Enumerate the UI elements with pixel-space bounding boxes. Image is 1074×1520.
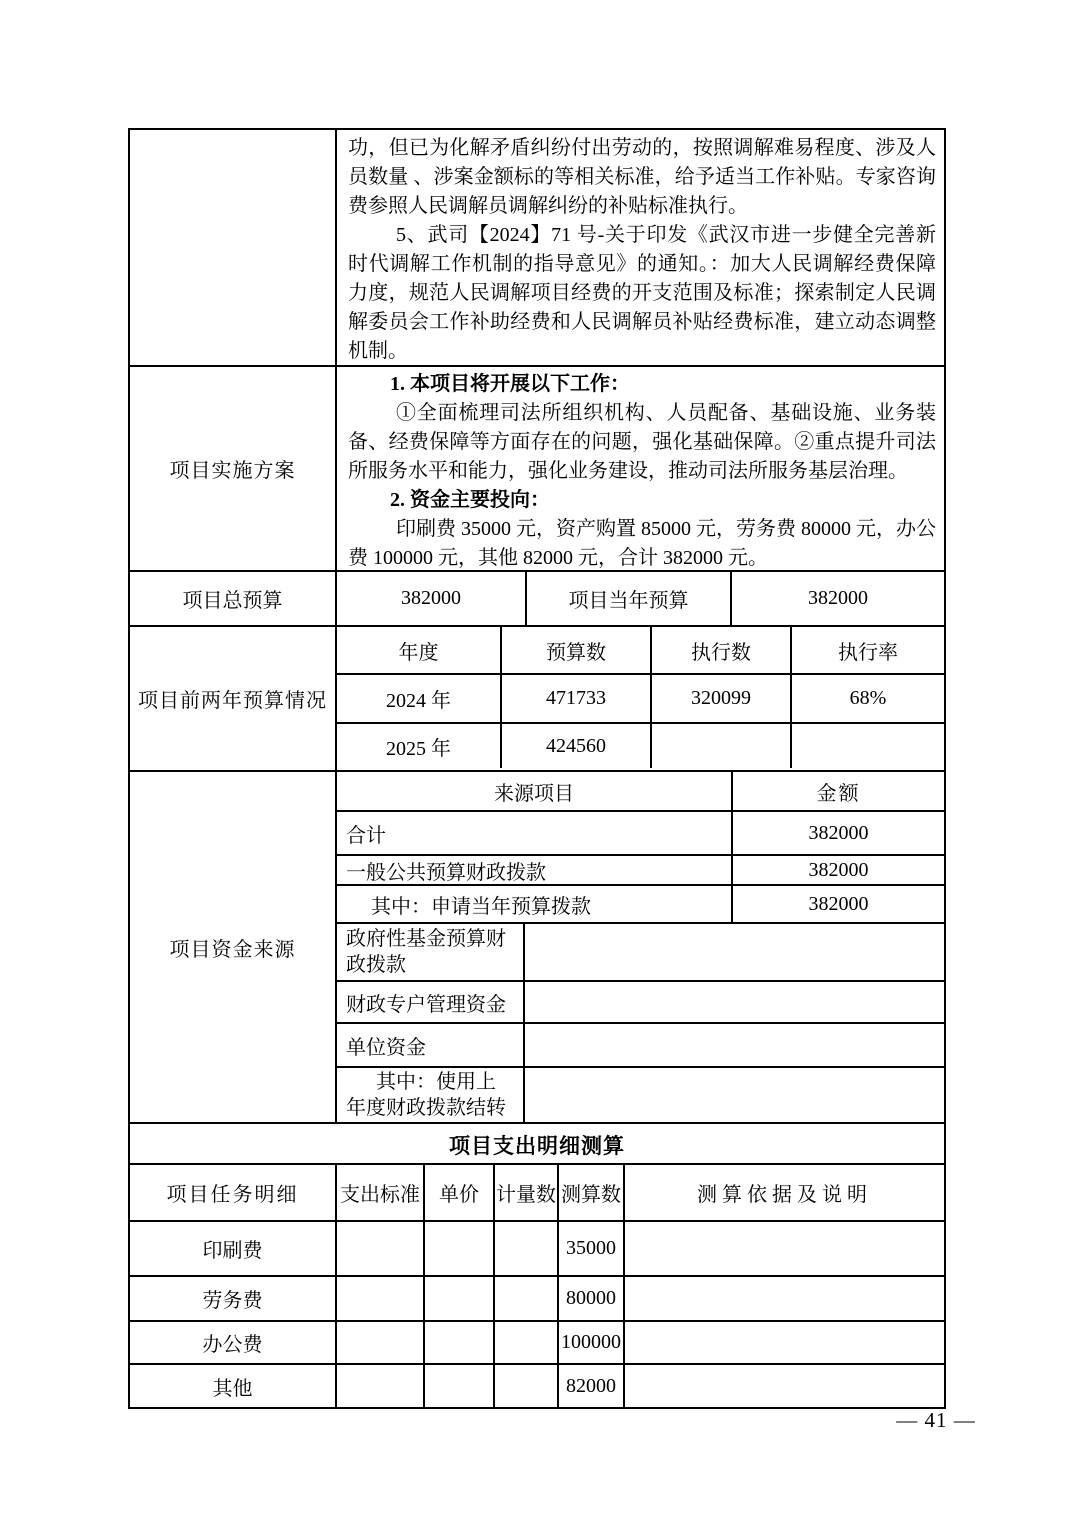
funding-header-row: 来源项目 金额 xyxy=(337,772,944,812)
other-name: 其他 xyxy=(130,1365,337,1407)
implementation-heading-1: 1. 本项目将开展以下工作： xyxy=(348,370,936,399)
funding-carryover-value xyxy=(525,1068,944,1122)
section-budget-summary: 项目总预算 382000 项目当年预算 382000 xyxy=(130,572,944,627)
continuation-label-cell-empty xyxy=(130,130,337,365)
other-quantity xyxy=(495,1365,559,1407)
year-2025: 2025 年 xyxy=(337,724,502,768)
funding-general-public-value: 382000 xyxy=(733,856,944,884)
office-quantity xyxy=(495,1322,559,1363)
prior-years-table: 年度 预算数 执行数 执行率 2024 年 471733 320099 68% … xyxy=(337,627,944,770)
section-implementation: 项目实施方案 1. 本项目将开展以下工作： ①全面梳理司法所组织机构、人员配备、… xyxy=(130,367,944,572)
implementation-text: 1. 本项目将开展以下工作： ①全面梳理司法所组织机构、人员配备、基础设施、业务… xyxy=(337,367,944,573)
funding-row-current-year-request: 其中：申请当年预算拨款 382000 xyxy=(337,886,944,924)
section-expenditure-table: 项目任务明细 支出标准 单价 计量数 测算数 测算依据及说明 印刷费 35000 xyxy=(130,1165,944,1407)
funding-government-fund-value xyxy=(525,924,944,980)
total-budget-label: 项目总预算 xyxy=(130,572,337,625)
executed-2025 xyxy=(652,724,792,768)
funding-current-year-request-name: 其中：申请当年预算拨款 xyxy=(337,886,733,922)
executed-2024: 320099 xyxy=(652,675,792,722)
expenditure-row-other: 其他 82000 xyxy=(130,1365,944,1407)
implementation-heading-2: 2. 资金主要投向： xyxy=(348,486,936,515)
section-prior-years: 项目前两年预算情况 年度 预算数 执行数 执行率 2024 年 471733 3… xyxy=(130,627,944,772)
implementation-content: 1. 本项目将开展以下工作： ①全面梳理司法所组织机构、人员配备、基础设施、业务… xyxy=(337,367,944,570)
expenditure-header-row: 项目任务明细 支出标准 单价 计量数 测算数 测算依据及说明 xyxy=(130,1165,944,1222)
prior-years-label: 项目前两年预算情况 xyxy=(130,627,337,770)
prior-year-row-2025: 2025 年 424560 xyxy=(337,724,944,768)
labor-quantity xyxy=(495,1277,559,1320)
implementation-paragraph-1: ①全面梳理司法所组织机构、人员配备、基础设施、业务装备、经费保障等方面存在的问题… xyxy=(348,399,936,486)
labor-standard xyxy=(337,1277,425,1320)
page-number: — 41 — xyxy=(886,1408,986,1433)
expenditure-table: 项目任务明细 支出标准 单价 计量数 测算数 测算依据及说明 印刷费 35000 xyxy=(130,1165,944,1407)
rate-2024: 68% xyxy=(792,675,944,722)
other-estimate: 82000 xyxy=(559,1365,625,1407)
funding-row-general-public: 一般公共预算财政拨款 382000 xyxy=(337,856,944,886)
section-continuation: 功，但已为化解矛盾纠纷付出劳动的，按照调解难易程度、涉及人员数量 、涉案金额标的… xyxy=(130,130,944,367)
header-executed-amount: 执行数 xyxy=(652,627,792,673)
implementation-label: 项目实施方案 xyxy=(130,367,337,570)
continuation-paragraph-1: 功，但已为化解矛盾纠纷付出劳动的，按照调解难易程度、涉及人员数量 、涉案金额标的… xyxy=(348,134,936,221)
expenditure-row-office: 办公费 100000 xyxy=(130,1322,944,1365)
prior-years-header-row: 年度 预算数 执行数 执行率 xyxy=(337,627,944,675)
funding-sources-table: 来源项目 金额 合计 382000 一般公共预算财政拨款 382000 其中：申… xyxy=(337,772,944,1122)
document-page: 功，但已为化解矛盾纠纷付出劳动的，按照调解难易程度、涉及人员数量 、涉案金额标的… xyxy=(0,0,1074,1520)
office-estimate: 100000 xyxy=(559,1322,625,1363)
funding-fiscal-account-value xyxy=(525,982,944,1022)
funding-fiscal-account-name: 财政专户管理资金 xyxy=(337,982,525,1022)
implementation-paragraph-2: 印刷费 35000 元，资产购置 85000 元，劳务费 80000 元，办公费… xyxy=(348,515,936,573)
continuation-content: 功，但已为化解矛盾纠纷付出劳动的，按照调解难易程度、涉及人员数量 、涉案金额标的… xyxy=(337,130,944,365)
header-basis-notes: 测算依据及说明 xyxy=(625,1165,944,1220)
funding-total-value: 382000 xyxy=(733,812,944,854)
total-budget-value: 382000 xyxy=(337,572,527,625)
section-funding-sources: 项目资金来源 来源项目 金额 合计 382000 一般公共预算财政拨款 3820… xyxy=(130,772,944,1124)
printing-estimate: 35000 xyxy=(559,1222,625,1275)
funding-row-carryover: 其中：使用上年度财政拨款结转 xyxy=(337,1068,944,1122)
funding-unit-funds-value xyxy=(525,1024,944,1066)
header-budget-amount: 预算数 xyxy=(502,627,652,673)
continuation-paragraph-2: 5、武司【2024】71 号-关于印发《武汉市进一步健全完善新时代调解工作机制的… xyxy=(348,221,936,366)
labor-unit-price xyxy=(425,1277,495,1320)
header-unit-price: 单价 xyxy=(425,1165,495,1220)
expenditure-title: 项目支出明细测算 xyxy=(130,1124,944,1165)
header-year: 年度 xyxy=(337,627,502,673)
section-expenditure-title: 项目支出明细测算 xyxy=(130,1124,944,1165)
header-quantity: 计量数 xyxy=(495,1165,559,1220)
funding-government-fund-name: 政府性基金预算财政拨款 xyxy=(337,924,525,980)
printing-basis xyxy=(625,1222,944,1275)
budget-2024: 471733 xyxy=(502,675,652,722)
funding-carryover-name: 其中：使用上年度财政拨款结转 xyxy=(337,1068,525,1122)
labor-name: 劳务费 xyxy=(130,1277,337,1320)
funding-row-fiscal-account: 财政专户管理资金 xyxy=(337,982,944,1024)
year-2024: 2024 年 xyxy=(337,675,502,722)
other-unit-price xyxy=(425,1365,495,1407)
other-basis xyxy=(625,1365,944,1407)
printing-quantity xyxy=(495,1222,559,1275)
header-execution-rate: 执行率 xyxy=(792,627,944,673)
office-unit-price xyxy=(425,1322,495,1363)
funding-current-year-request-value: 382000 xyxy=(733,886,944,922)
office-name: 办公费 xyxy=(130,1322,337,1363)
header-task-detail: 项目任务明细 xyxy=(130,1165,337,1220)
current-year-budget-value: 382000 xyxy=(732,572,944,625)
project-budget-table: 功，但已为化解矛盾纠纷付出劳动的，按照调解难易程度、涉及人员数量 、涉案金额标的… xyxy=(128,128,946,1409)
prior-year-row-2024: 2024 年 471733 320099 68% xyxy=(337,675,944,724)
printing-standard xyxy=(337,1222,425,1275)
expenditure-row-labor: 劳务费 80000 xyxy=(130,1277,944,1322)
rate-2025 xyxy=(792,724,944,768)
header-estimate: 测算数 xyxy=(559,1165,625,1220)
funding-general-public-name: 一般公共预算财政拨款 xyxy=(337,856,733,884)
office-basis xyxy=(625,1322,944,1363)
funding-unit-funds-name: 单位资金 xyxy=(337,1024,525,1066)
funding-row-total: 合计 382000 xyxy=(337,812,944,856)
printing-unit-price xyxy=(425,1222,495,1275)
budget-2025: 424560 xyxy=(502,724,652,768)
funding-sources-label: 项目资金来源 xyxy=(130,772,337,1122)
funding-total-name: 合计 xyxy=(337,812,733,854)
header-amount: 金额 xyxy=(733,772,944,810)
printing-name: 印刷费 xyxy=(130,1222,337,1275)
header-source-item: 来源项目 xyxy=(337,772,733,810)
labor-basis xyxy=(625,1277,944,1320)
expenditure-row-printing: 印刷费 35000 xyxy=(130,1222,944,1277)
labor-estimate: 80000 xyxy=(559,1277,625,1320)
header-expense-standard: 支出标准 xyxy=(337,1165,425,1220)
funding-row-unit-funds: 单位资金 xyxy=(337,1024,944,1068)
current-year-budget-label: 项目当年预算 xyxy=(527,572,732,625)
other-standard xyxy=(337,1365,425,1407)
office-standard xyxy=(337,1322,425,1363)
continuation-text: 功，但已为化解矛盾纠纷付出劳动的，按照调解难易程度、涉及人员数量 、涉案金额标的… xyxy=(337,130,944,366)
funding-row-government-fund: 政府性基金预算财政拨款 xyxy=(337,924,944,982)
